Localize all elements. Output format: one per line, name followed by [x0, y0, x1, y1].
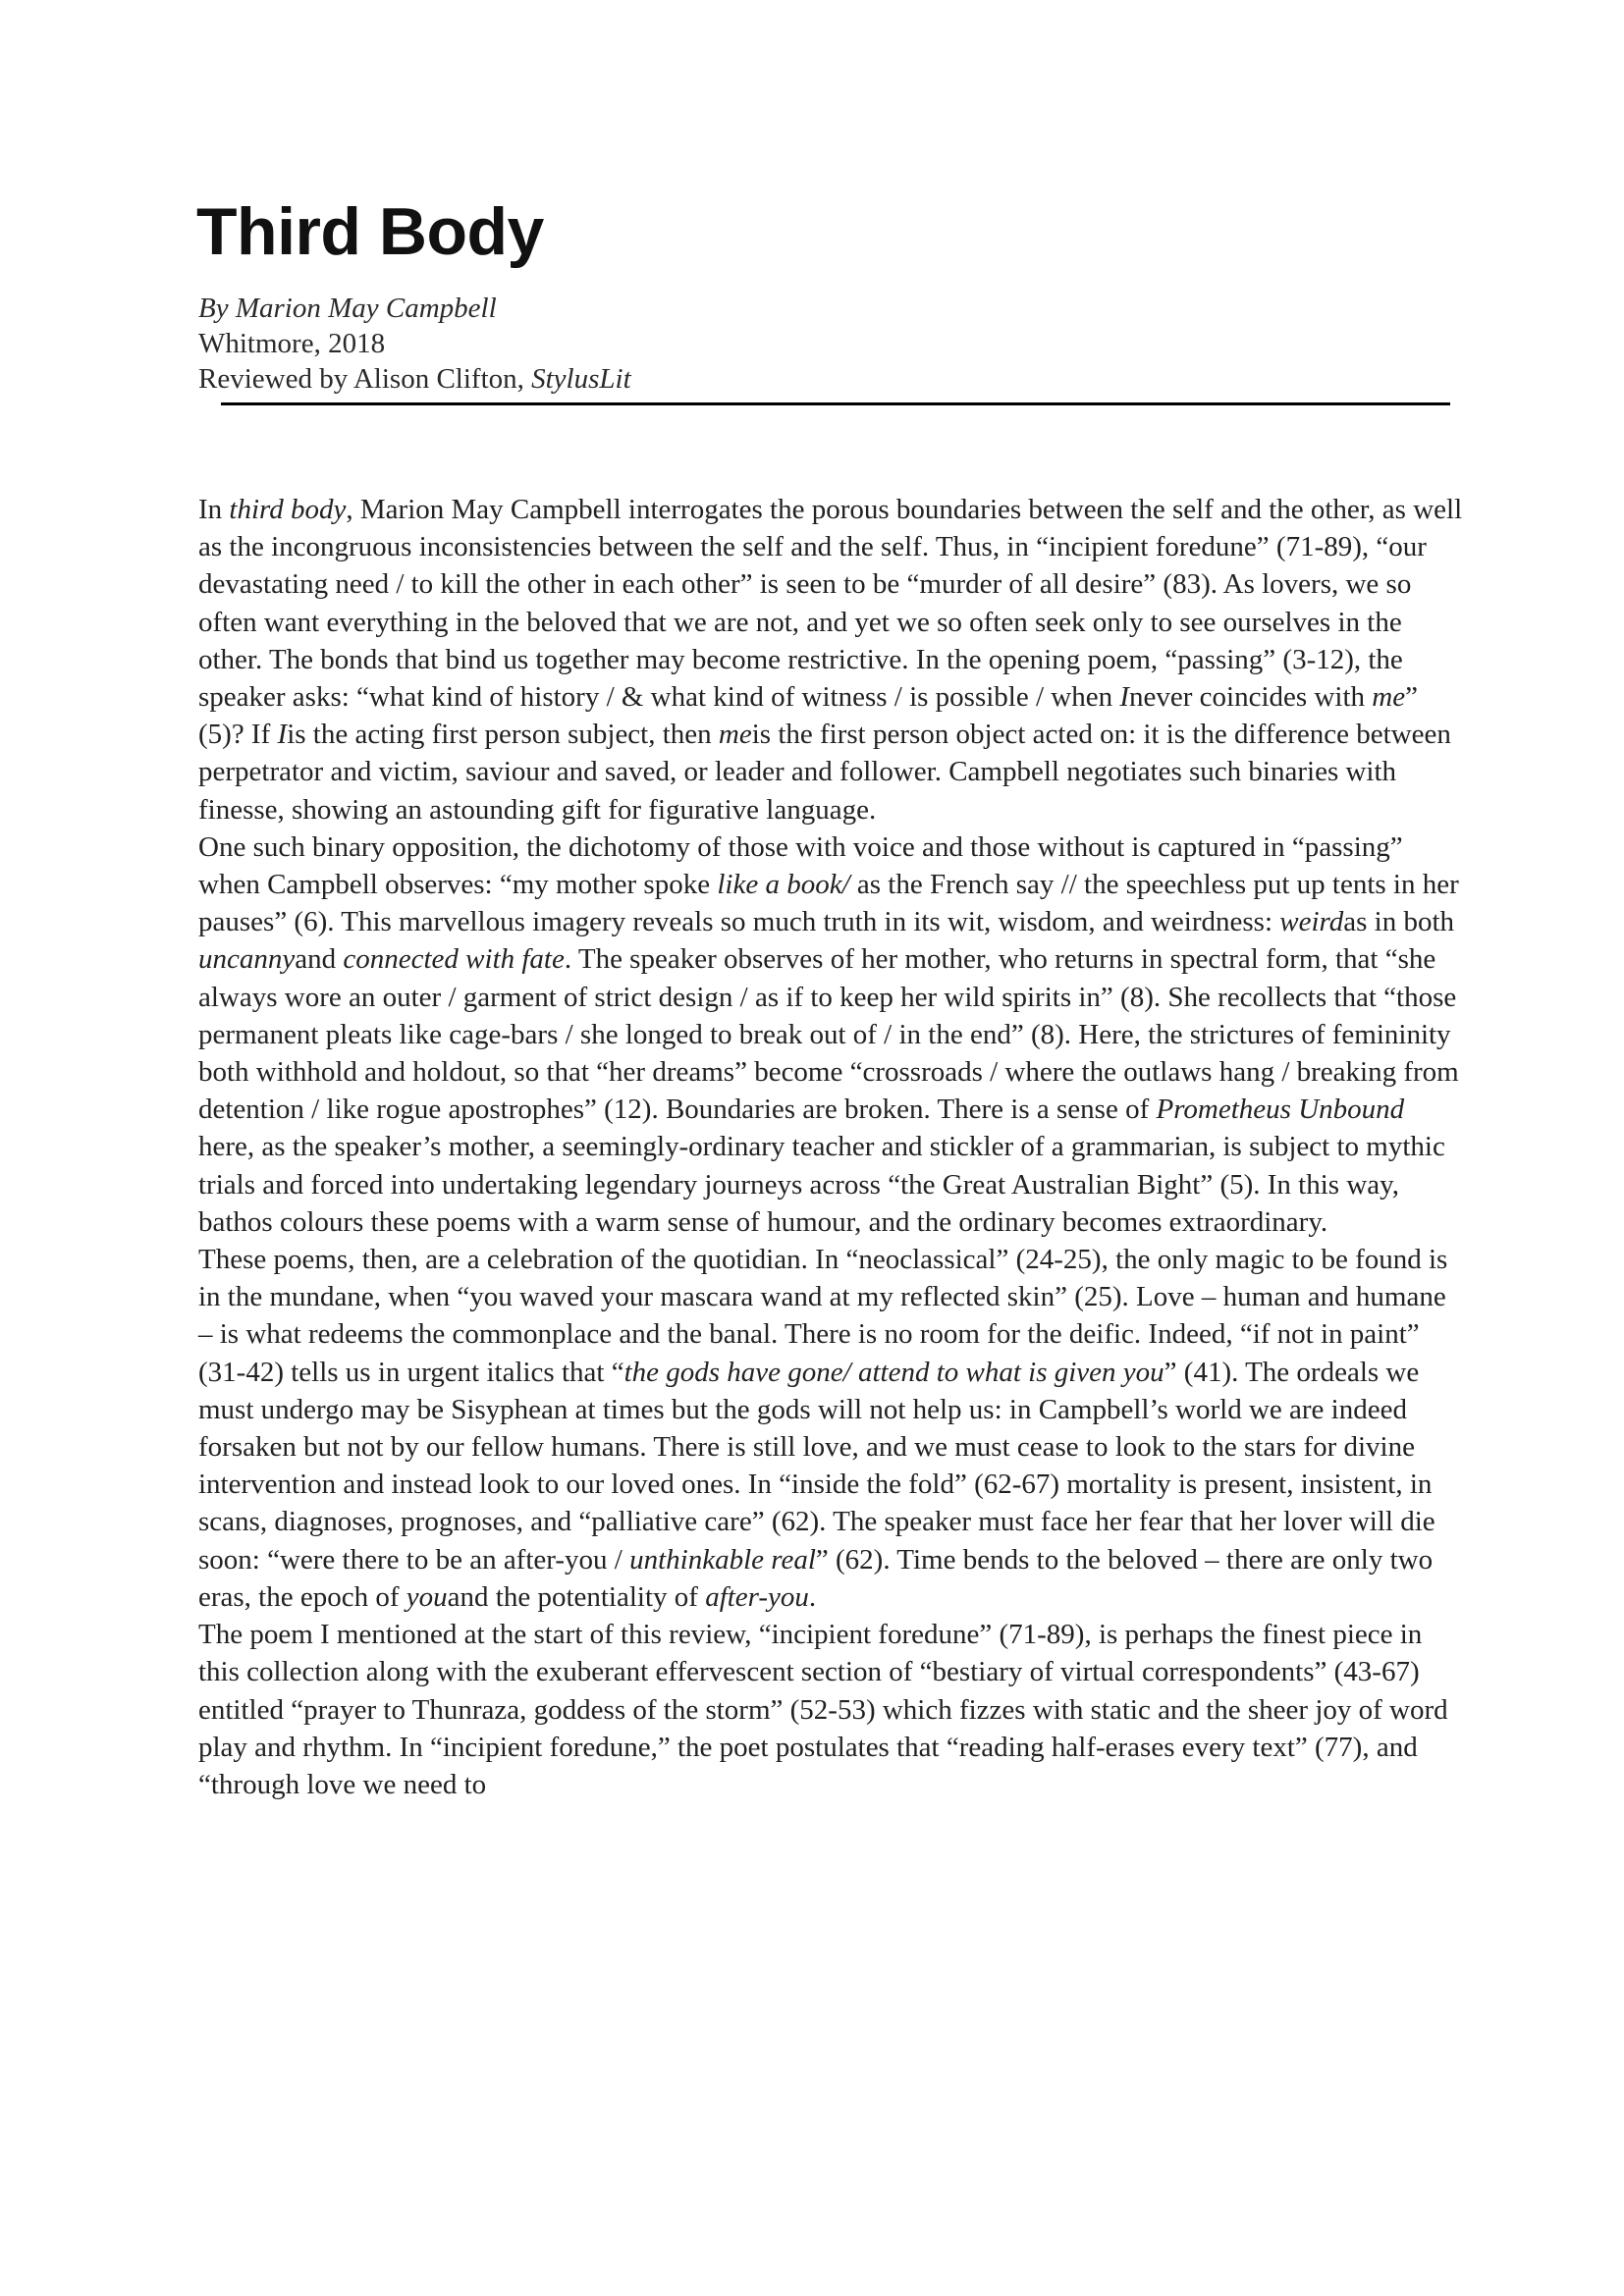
publisher-line: Whitmore, 2018 [198, 326, 631, 361]
italic-text: Prometheus Unbound [1157, 1094, 1405, 1125]
italic-text: you [406, 1581, 448, 1613]
document-page: Third Body By Marion May Campbell Whitmo… [0, 0, 1624, 2296]
italic-text: unthinkable real [629, 1544, 816, 1575]
italic-text: weird [1279, 906, 1343, 937]
review-metadata: By Marion May Campbell Whitmore, 2018 Re… [198, 291, 631, 397]
text-run: and [295, 943, 343, 975]
italic-text: me [719, 719, 752, 750]
author-byline: By Marion May Campbell [198, 291, 631, 326]
paragraph: One such binary opposition, the dichotom… [198, 828, 1465, 1241]
italic-text: uncanny [198, 943, 295, 975]
italic-text: the gods have gone/ attend to what is gi… [624, 1357, 1164, 1388]
text-run: ” (41). The ordeals we must undergo may … [198, 1357, 1435, 1575]
publication-name: StylusLit [531, 363, 631, 395]
paragraph: The poem I mentioned at the start of thi… [198, 1616, 1465, 1803]
text-run: . [809, 1581, 816, 1613]
text-run: never coincides with [1129, 681, 1372, 713]
reviewer-line: Reviewed by Alison Clifton, StylusLit [198, 361, 631, 397]
text-run: is the acting first person subject, then [287, 719, 719, 750]
paragraph: In third body, Marion May Campbell inter… [198, 491, 1465, 828]
text-run: as in both [1343, 906, 1454, 937]
italic-text: connected with fate [343, 943, 565, 975]
italic-text: me [1372, 681, 1405, 713]
text-run: and the potentiality of [448, 1581, 706, 1613]
text-run: The poem I mentioned at the start of thi… [198, 1619, 1448, 1800]
author-byline-text: By Marion May Campbell [198, 293, 497, 324]
italic-text: third body [229, 494, 346, 525]
italic-text: after-you [705, 1581, 809, 1613]
paragraph: These poems, then, are a celebration of … [198, 1241, 1465, 1616]
text-run: , Marion May Campbell interrogates the p… [198, 494, 1462, 713]
header-divider [221, 402, 1450, 405]
italic-text: like a book/ [717, 869, 849, 900]
text-run: In [198, 494, 229, 525]
italic-text: I [278, 719, 288, 750]
text-run: here, as the speaker’s mother, a seeming… [198, 1131, 1445, 1237]
italic-text: I [1119, 681, 1129, 713]
reviewer-text: Reviewed by Alison Clifton, [198, 363, 531, 395]
page-title: Third Body [196, 192, 544, 271]
review-body: In third body, Marion May Campbell inter… [198, 491, 1465, 1803]
